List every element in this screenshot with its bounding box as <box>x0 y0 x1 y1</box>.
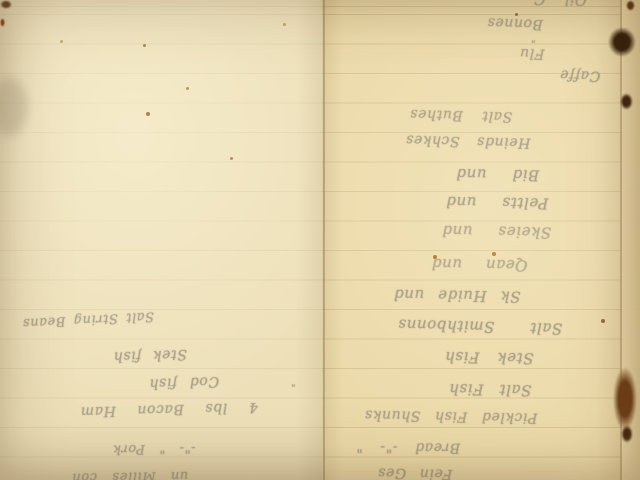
handwritten-line: Oil G <box>512 0 608 10</box>
page-edge-strip <box>622 0 640 480</box>
handwritten-line: Sk Huide und <box>361 282 553 307</box>
handwritten-line: Caffe <box>551 64 610 86</box>
handwritten-line: Fein Ges <box>366 462 464 480</box>
handwritten-line: Cod fish <box>136 370 233 394</box>
handwritten-line: Peltts und <box>392 189 602 214</box>
handwritten-line: " <box>286 374 300 389</box>
handwritten-line: Stek Fish <box>418 345 560 369</box>
handwritten-line: Salt Fish <box>426 377 554 401</box>
handwritten-line: Bid und <box>400 161 595 186</box>
handwritten-line: un Milles con <box>44 465 216 480</box>
handwritten-line: Pickled Fish Shunks <box>328 404 574 429</box>
handwritten-line: Bonnes <box>453 11 578 36</box>
handwritten-line: Bread -"- " <box>325 436 491 458</box>
handwritten-line: Skeies und <box>390 218 603 243</box>
handwritten-line: Flu <box>506 42 559 64</box>
handwritten-line: -"- " Pork <box>84 437 224 458</box>
notebook-photo: Salt String BeansStek fishCod fish"4 lbs… <box>0 0 640 480</box>
handwritten-line: Stek fish <box>102 343 199 367</box>
handwritten-line: Qean und <box>388 251 571 276</box>
